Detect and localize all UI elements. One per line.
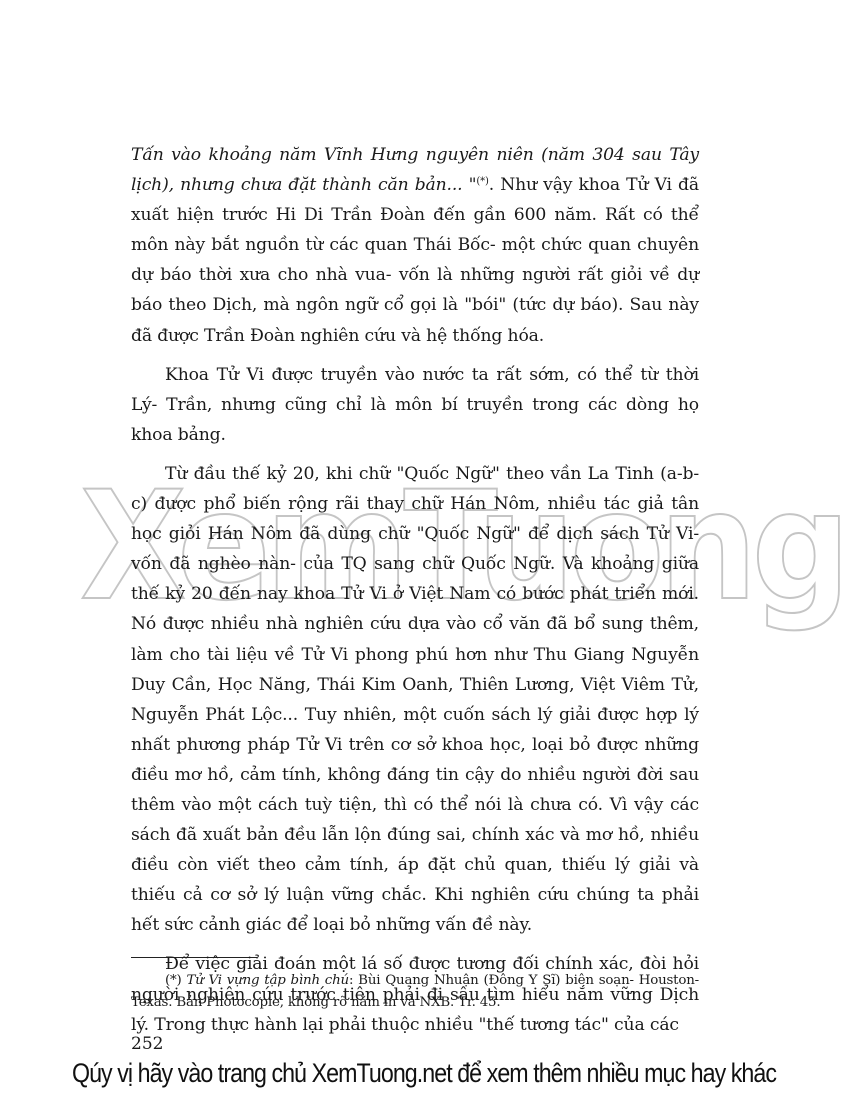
site-banner: Qúy vị hãy vào trang chủ XemTuong.net để… xyxy=(59,1058,788,1089)
paragraph-1: Tấn vào khoảng năm Vĩnh Hưng nguyên niên… xyxy=(131,140,699,351)
footnote-marker-label: (*) xyxy=(165,973,186,988)
paragraph-2: Khoa Tử Vi được truyền vào nước ta rất s… xyxy=(131,360,699,450)
paragraph-3: Từ đầu thế kỷ 20, khi chữ "Quốc Ngữ" the… xyxy=(131,459,699,941)
footnote-marker: (*) xyxy=(476,176,488,187)
footnote-title: Tử Vi vựng tập bình chú xyxy=(186,973,348,988)
page-number: 252 xyxy=(131,1034,163,1054)
footnote: (*) Tử Vi vựng tập bình chú: Bùi Quang N… xyxy=(131,970,699,1014)
paragraph-text: . Như vậy khoa Tử Vi đã xuất hiện trước … xyxy=(131,175,699,345)
page-body: Tấn vào khoảng năm Vĩnh Hưng nguyên niên… xyxy=(131,140,699,1049)
